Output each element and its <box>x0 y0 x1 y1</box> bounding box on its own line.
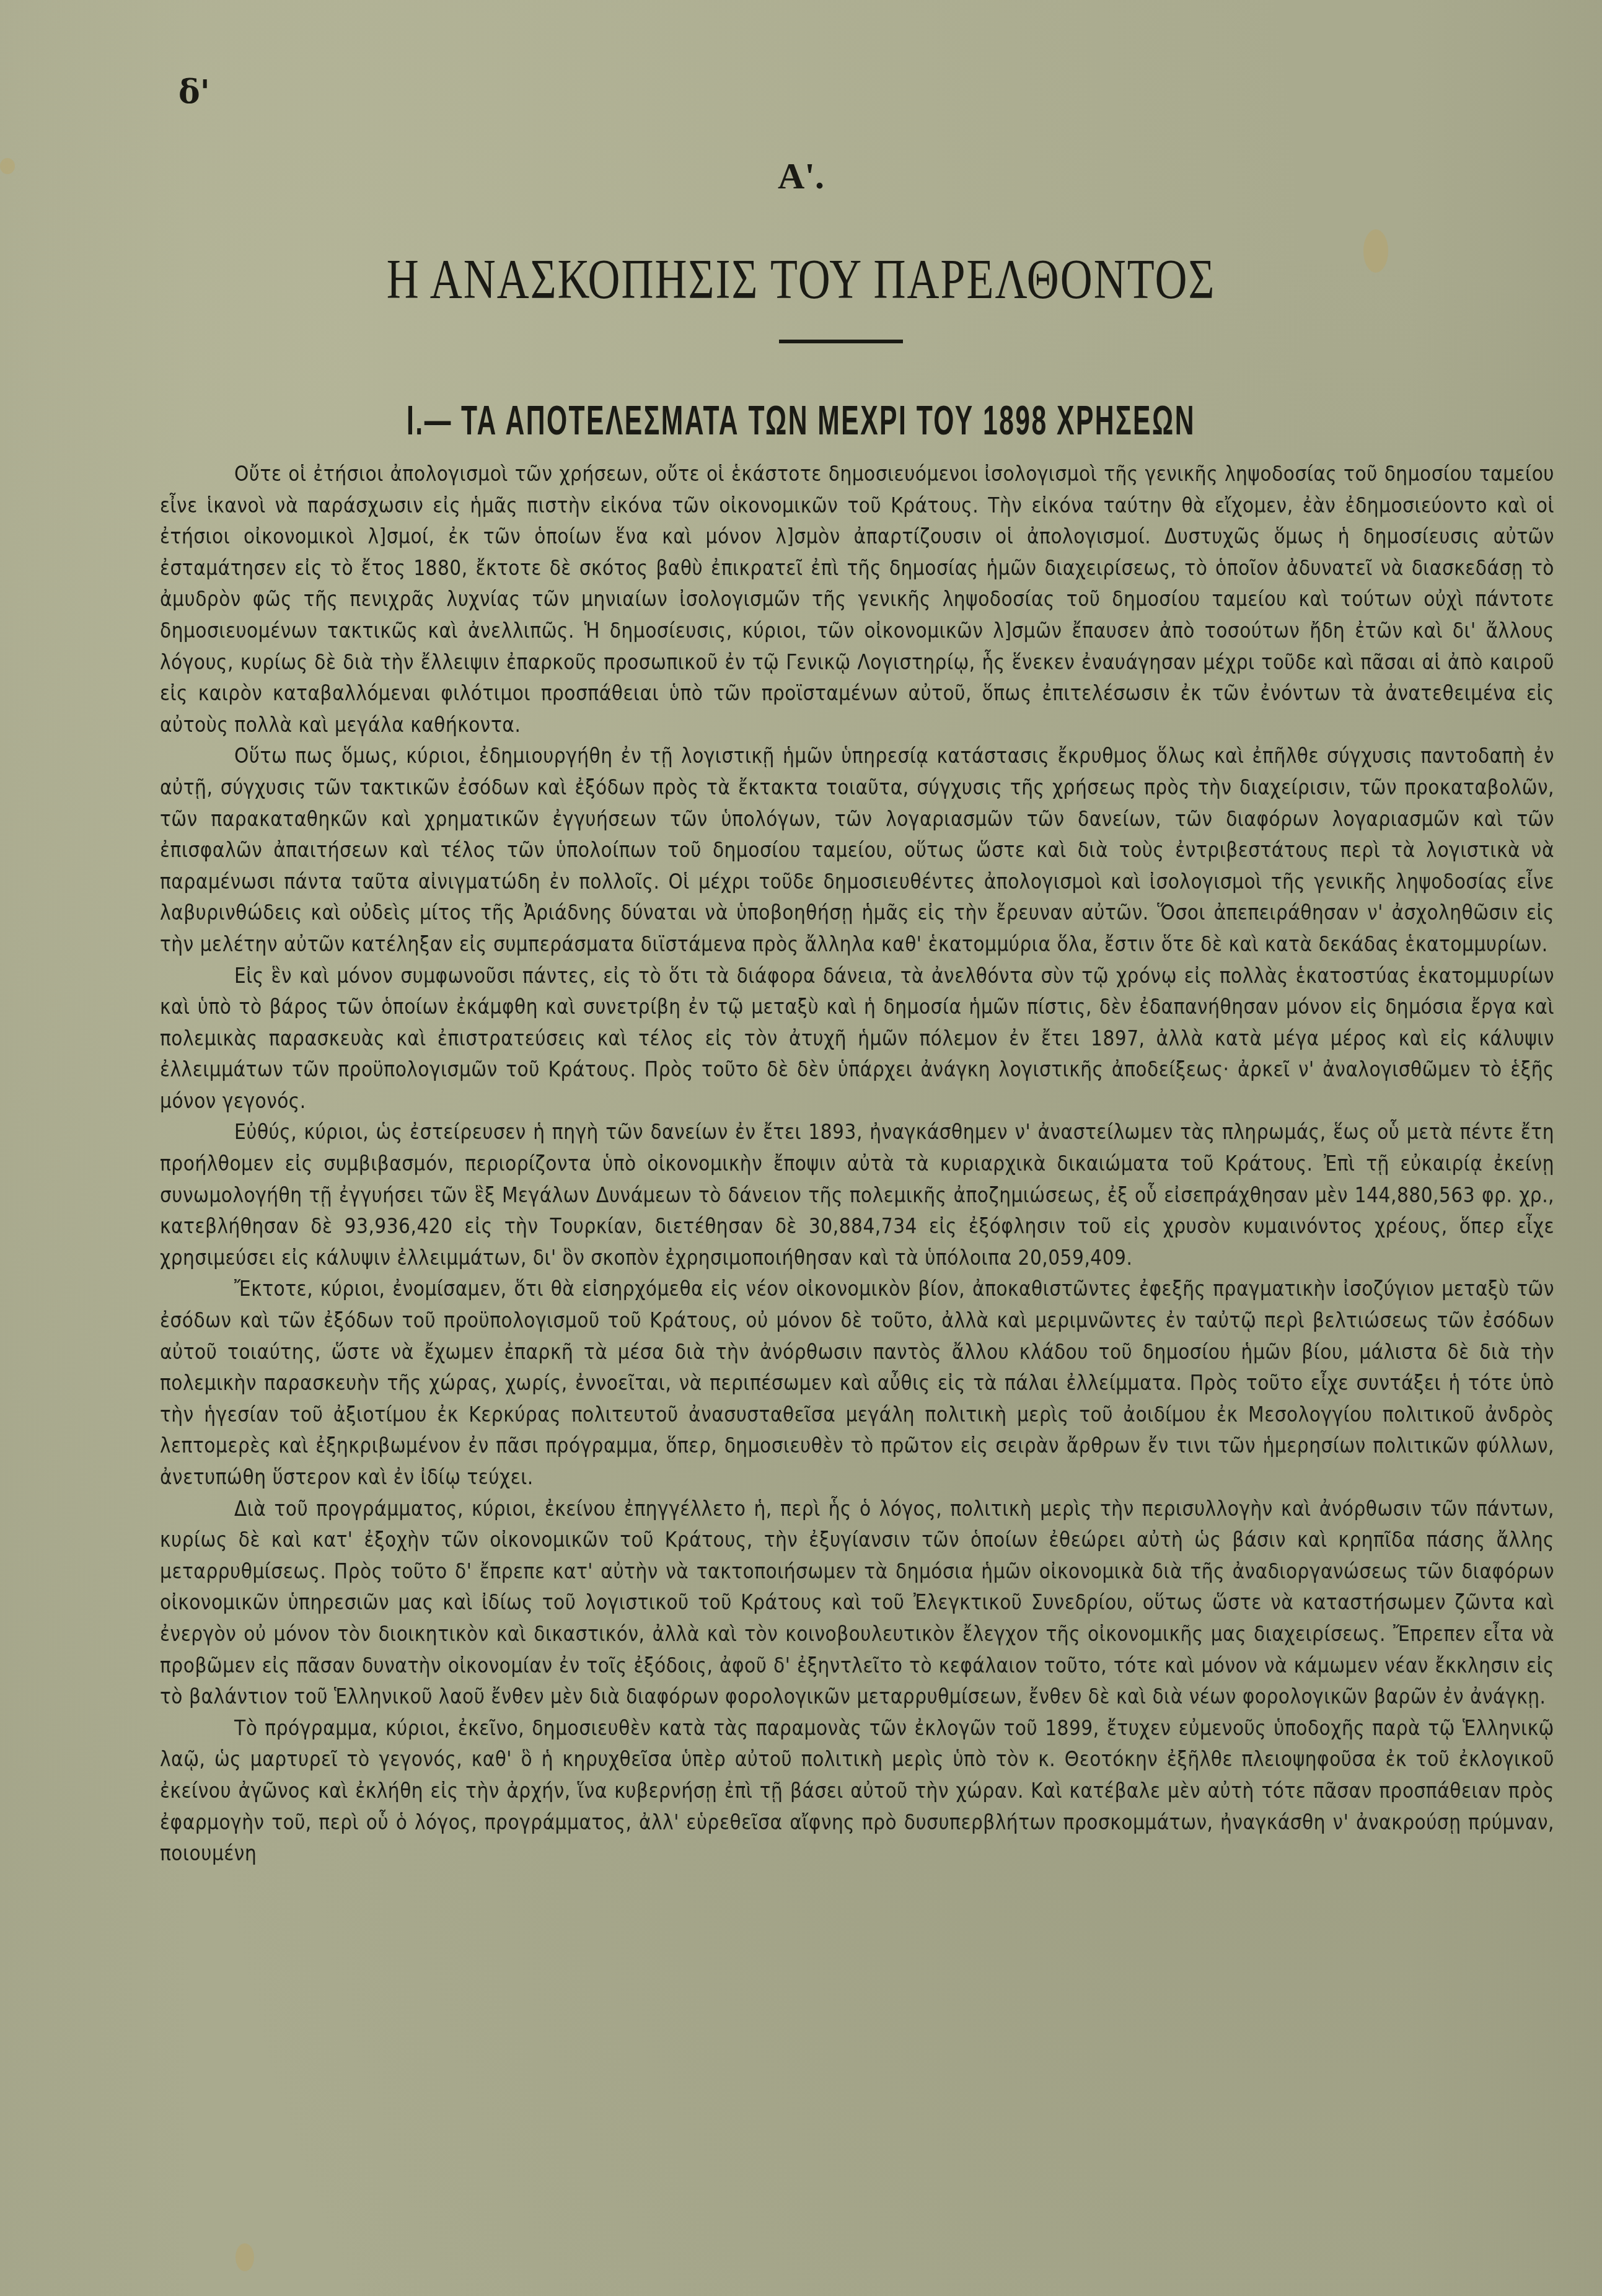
paragraph: Τὸ πρόγραμμα, κύριοι, ἐκεῖνο, δημοσιευθὲ… <box>160 1713 1554 1870</box>
paragraph: Εὐθύς, κύριοι, ὡς ἐστείρευσεν ἡ πηγὴ τῶν… <box>160 1117 1554 1273</box>
paragraph: Οὔτε οἱ ἐτήσιοι ἀπολογισμοὶ τῶν χρήσεων,… <box>160 459 1554 741</box>
page-number: δ' <box>178 73 210 111</box>
page-title: Η ΑΝΑΣΚΟΠΗΣΙΣ ΤΟΥ ΠΑΡΕΛΘΟΝΤΟΣ <box>0 248 1602 312</box>
section-heading: Ι.— ΤΑ ΑΠΟΤΕΛΕΣΜΑΤΑ ΤΩΝ ΜΕΧΡΙ ΤΟΥ 1898 Χ… <box>144 397 1458 445</box>
paragraph: Διὰ τοῦ προγράμματος, κύριοι, ἐκείνου ἐπ… <box>160 1493 1554 1713</box>
paper-stain <box>235 2243 254 2271</box>
paragraph: Ἔκτοτε, κύριοι, ἐνομίσαμεν, ὅτι θὰ εἰσηρ… <box>160 1273 1554 1493</box>
paragraph: Εἰς ἓν καὶ μόνον συμφωνοῦσι πάντες, εἰς … <box>160 961 1554 1117</box>
document-body: Οὔτε οἱ ἐτήσιοι ἀπολογισμοὶ τῶν χρήσεων,… <box>160 459 1554 1870</box>
section-letter: Α'. <box>0 155 1602 198</box>
paragraph: Οὕτω πως ὅμως, κύριοι, ἐδημιουργήθη ἐν τ… <box>160 741 1554 960</box>
title-divider <box>779 340 903 343</box>
